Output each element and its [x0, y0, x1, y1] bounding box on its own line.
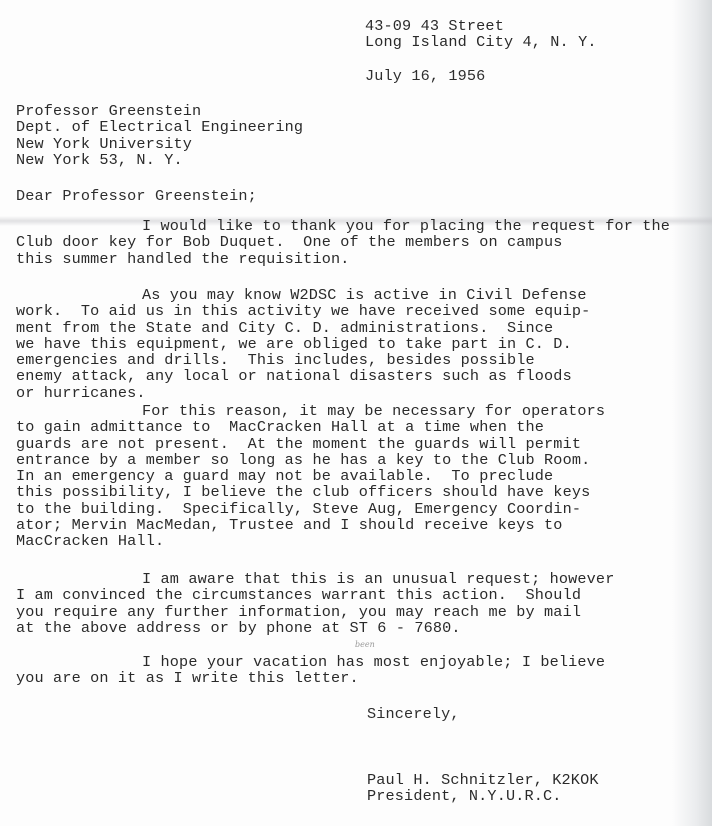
paragraph-line: emergencies and drills. This includes, b… — [16, 352, 590, 368]
paragraph-2: As you may know W2DSC is active in Civil… — [16, 287, 590, 401]
paragraph-line: I am convinced the circumstances warrant… — [16, 587, 614, 603]
paragraph-line: you require any further information, you… — [16, 604, 614, 620]
paper-edge-shadow — [672, 0, 712, 826]
signature-name: Paul H. Schnitzler, K2KOK — [367, 772, 599, 788]
paragraph-line: work. To aid us in this activity we have… — [16, 303, 590, 319]
sender-address: 43-09 43 Street Long Island City 4, N. Y… — [365, 18, 597, 51]
paragraph-line: enemy attack, any local or national disa… — [16, 368, 590, 384]
paragraph-line: entrance by a member so long as he has a… — [16, 452, 605, 468]
paragraph-line: to the building. Specifically, Steve Aug… — [16, 501, 605, 517]
paragraph-line: I hope your vacation has most enjoyable;… — [16, 654, 605, 670]
paragraph-4: I am aware that this is an unusual reque… — [16, 571, 614, 636]
paragraph-line: ment from the State and City C. D. admin… — [16, 320, 590, 336]
paragraph-line: you are on it as I write this letter. — [16, 670, 605, 686]
paragraph-line: or hurricanes. — [16, 385, 590, 401]
paragraph-line: at the above address or by phone at ST 6… — [16, 620, 614, 636]
paragraph-line: ator; Mervin MacMedan, Trustee and I sho… — [16, 517, 605, 533]
paragraph-line: Club door key for Bob Duquet. One of the… — [16, 234, 670, 250]
paragraph-line: As you may know W2DSC is active in Civil… — [16, 287, 590, 303]
paragraph-1: I would like to thank you for placing th… — [16, 218, 670, 267]
salutation: Dear Professor Greenstein; — [16, 188, 257, 204]
paragraph-line: we have this equipment, we are obliged t… — [16, 336, 590, 352]
paragraph-line: this possibility, I believe the club off… — [16, 484, 605, 500]
paragraph-line: In an emergency a guard may not be avail… — [16, 468, 605, 484]
paragraph-3: For this reason, it may be necessary for… — [16, 403, 605, 550]
signature-block: Paul H. Schnitzler, K2KOK President, N.Y… — [367, 772, 599, 805]
recipient-line: Dept. of Electrical Engineering — [16, 119, 303, 135]
closing: Sincerely, — [367, 706, 460, 722]
paragraph-line: For this reason, it may be necessary for… — [16, 403, 605, 419]
paragraph-5: I hope your vacation has most enjoyable;… — [16, 654, 605, 687]
letter-date: July 16, 1956 — [365, 68, 485, 84]
recipient-address: Professor Greenstein Dept. of Electrical… — [16, 103, 303, 168]
paragraph-line: I am aware that this is an unusual reque… — [16, 571, 614, 587]
paragraph-line: to gain admittance to MacCracken Hall at… — [16, 419, 605, 435]
signature-title: President, N.Y.U.R.C. — [367, 788, 599, 804]
handwritten-note: been — [355, 640, 375, 649]
sender-address-line: Long Island City 4, N. Y. — [365, 34, 597, 50]
paragraph-line: guards are not present. At the moment th… — [16, 436, 605, 452]
paragraph-line: this summer handled the requisition. — [16, 251, 670, 267]
letter-page: 43-09 43 Street Long Island City 4, N. Y… — [0, 0, 712, 826]
paragraph-line: I would like to thank you for placing th… — [16, 218, 670, 234]
recipient-line: Professor Greenstein — [16, 103, 303, 119]
recipient-line: New York University — [16, 136, 303, 152]
paragraph-line: MacCracken Hall. — [16, 533, 605, 549]
recipient-line: New York 53, N. Y. — [16, 152, 303, 168]
sender-address-line: 43-09 43 Street — [365, 18, 597, 34]
